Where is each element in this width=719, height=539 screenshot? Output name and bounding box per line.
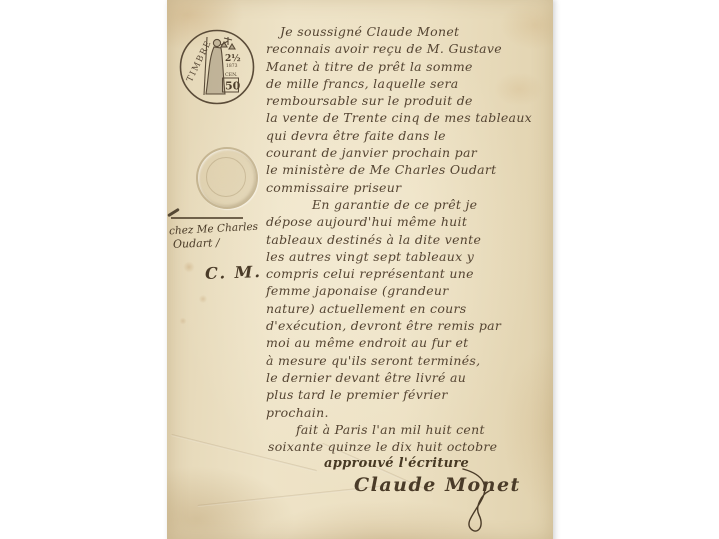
stamp-year: 1873	[226, 63, 238, 69]
letter-line: Manet à titre de prêt la somme	[266, 58, 552, 75]
scanned-document-view: TIMBRE 2½ 1873 CEN. 50 chez Me Charles O…	[0, 0, 719, 539]
letter-line: compris celui représentant une	[266, 265, 552, 282]
stamp-value: 50	[225, 80, 241, 93]
embossed-seal	[196, 147, 258, 209]
letter-line: courant de janvier prochain par	[266, 144, 552, 161]
letter-line: prochain.	[266, 404, 552, 421]
signature-flourish-icon	[455, 465, 507, 539]
signature: Claude Monet	[266, 473, 552, 497]
letter-line: d'exécution, devront être remis par	[266, 317, 552, 334]
stamp-denomination: 2½	[225, 53, 241, 64]
margin-note-line1: chez Me Charles	[169, 221, 259, 238]
letter-line: reconnais avoir reçu de M. Gustave	[266, 40, 552, 57]
letter-line: le dernier devant être livré au	[266, 369, 552, 386]
closing-date-line1: fait à Paris l'an mil huit cent	[266, 421, 552, 438]
letter-line: Je soussigné Claude Monet	[266, 23, 552, 40]
letter-body: Je soussigné Claude Monet reconnais avoi…	[266, 23, 552, 497]
margin-pen-tick	[167, 208, 180, 217]
approval-line: approuvé l'écriture	[266, 455, 552, 473]
margin-initials: C. M.	[205, 262, 263, 283]
letter-line: remboursable sur le produit de	[266, 92, 552, 109]
letter-line: nature) actuellement en cours	[266, 300, 552, 317]
letter-line: dépose aujourd'hui même huit	[266, 213, 552, 230]
letter-line: En garantie de ce prêt je	[266, 196, 552, 213]
letter-line: le ministère de Me Charles Oudart	[266, 161, 552, 178]
embossed-seal-inner	[206, 157, 246, 197]
closing-date-line2: soixante quinze le dix huit octobre	[266, 438, 552, 455]
letter-line: tableaux destinés à la dite vente	[266, 231, 552, 248]
letter-line: qui devra être faite dans le	[266, 127, 552, 144]
revenue-stamp: TIMBRE 2½ 1873 CEN. 50	[178, 28, 256, 106]
document-paper: TIMBRE 2½ 1873 CEN. 50 chez Me Charles O…	[167, 0, 553, 539]
letter-line: commissaire priseur	[266, 179, 552, 196]
letter-line: les autres vingt sept tableaux y	[266, 248, 552, 265]
letter-line: la vente de Trente cinq de mes tableaux	[266, 109, 552, 126]
letter-line: plus tard le premier février	[266, 386, 552, 403]
stamp-unit-label: CEN.	[225, 72, 238, 78]
letter-line: de mille francs, laquelle sera	[266, 75, 552, 92]
letter-line: à mesure qu'ils seront terminés,	[266, 352, 552, 369]
letter-line: moi au même endroit au fur et	[266, 334, 552, 351]
margin-dash-line	[171, 217, 243, 219]
letter-line: femme japonaise (grandeur	[266, 282, 552, 299]
margin-note-line2: Oudart /	[173, 236, 220, 251]
